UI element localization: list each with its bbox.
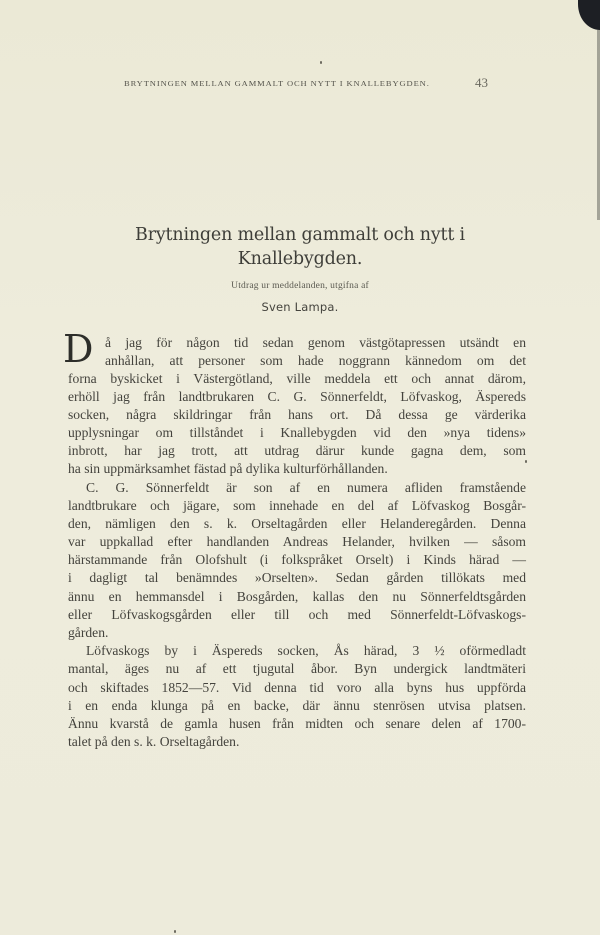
drop-cap: D [63, 330, 93, 368]
article-title-line-2: Knallebygden. [60, 249, 540, 269]
page-corner-shadow [578, 0, 600, 30]
text-line: socken, några skildringar från hans ort.… [68, 407, 526, 423]
text-line: ännu en hemmansdel i Bosgården, kallas d… [68, 589, 526, 605]
text-line: i dagligt tal benämndes »Orselten». Seda… [68, 570, 526, 586]
text-line: Ännu kvarstå de gamla husen från midten … [68, 716, 526, 732]
text-line: i en enda klunga på en backe, där ännu s… [68, 698, 526, 714]
text-line: inbrott, har jag trott, att utdrag därur… [68, 443, 526, 459]
text-line: mantal, äges nu af ett tjugutal åbor. By… [68, 661, 526, 677]
text-line: landtbrukare och jägare, som innehade en… [68, 498, 526, 514]
text-line: härstammande från Olofshult (i folkspråk… [68, 552, 526, 568]
paper-speck [174, 930, 176, 933]
paper-speck [320, 61, 322, 64]
text-line: erhöll jag från landtbrukaren C. G. Sönn… [68, 389, 526, 405]
text-line: upplysningar om tillståndet i Knallebygd… [68, 425, 526, 441]
text-line: ha sin uppmärksamhet fästad på dylika ku… [68, 461, 526, 477]
text-line: den, nämligen den s. k. Orseltagården el… [68, 516, 526, 532]
article-author: Sven Lampa. [60, 300, 540, 314]
running-head: Brytningen mellan gammalt och nytt i Kna… [124, 79, 430, 88]
article-subtitle: Utdrag ur meddelanden, utgifna af [60, 281, 540, 291]
text-line: anhållan, att personer som hade noggrann… [105, 353, 526, 369]
text-line: gården. [68, 625, 526, 641]
text-line: forna byskicket i Västergötland, ville m… [68, 371, 526, 387]
page-number: 43 [475, 75, 488, 91]
article-title-line-1: Brytningen mellan gammalt och nytt i [60, 225, 540, 245]
text-line: var uppkallad efter handlanden Andreas H… [68, 534, 526, 550]
text-line: talet på den s. k. Orseltagården. [68, 734, 526, 750]
text-line: eller Löfvaskogsgården eller till och me… [68, 607, 526, 623]
text-line: och skiftades 1852—57. Vid denna tid vor… [68, 680, 526, 696]
text-line: Löfvaskogs by i Äspereds socken, Ås hära… [86, 643, 526, 659]
text-line: å jag för någon tid sedan genom västgöta… [105, 335, 526, 351]
scanned-page: Brytningen mellan gammalt och nytt i Kna… [0, 0, 600, 935]
text-line: C. G. Sönnerfeldt är son af en numera af… [86, 480, 526, 496]
